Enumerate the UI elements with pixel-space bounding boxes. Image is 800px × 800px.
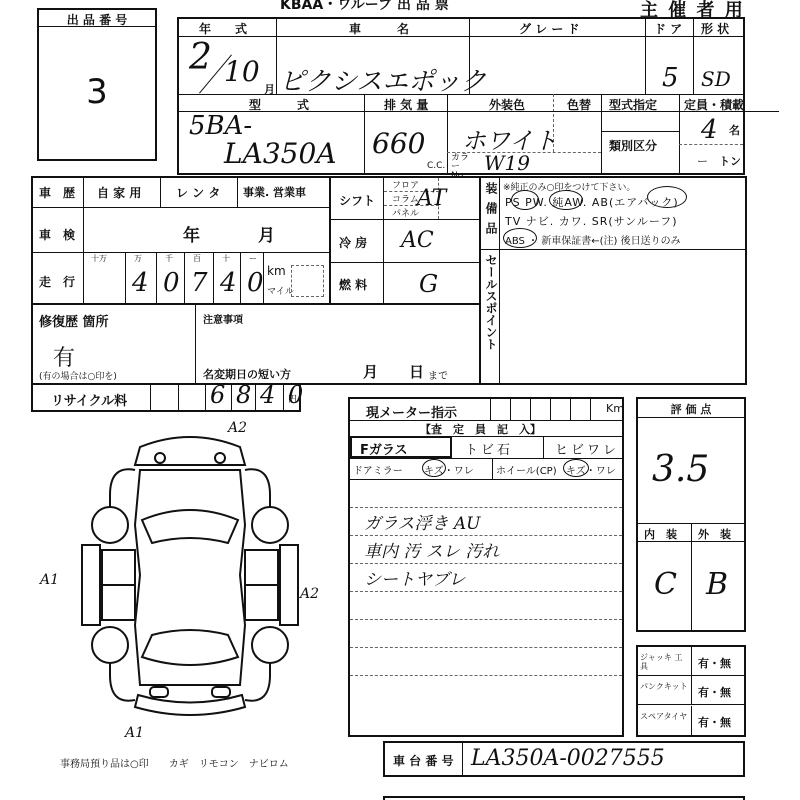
- inspector-note-line: ガラス浮き AU: [364, 509, 481, 534]
- mileage-digit-cell: ー0: [241, 252, 264, 303]
- car-name-label: 車 名: [349, 20, 409, 37]
- exterior-label: 外 装: [698, 526, 731, 542]
- interior-label: 内 装: [644, 526, 677, 542]
- chassis-number-value: LA350A-0027555: [471, 746, 665, 771]
- recycle-fee-label: リサイクル料: [51, 390, 127, 409]
- recycle-fee-unit: 円: [288, 392, 297, 405]
- accessory-row: ジャッキ 工具有・無: [638, 647, 744, 676]
- lot-number-box: 出 品 番 号 3: [37, 8, 157, 161]
- damage-mark-left: A1: [40, 572, 59, 588]
- equipment-table: 装備品 ※純正のみ○印をつけて下さい。 PS PW. 純AW. AB(エアバック…: [479, 176, 747, 385]
- deadline-until: まで: [428, 367, 448, 382]
- repair-history-value[interactable]: 有: [53, 341, 75, 372]
- chassis-number-table: 車 台 番 号 LA350A-0027555: [383, 741, 745, 777]
- recycle-digit-cell: [150, 385, 178, 410]
- mileage-digit-cell: 万4: [126, 252, 157, 303]
- load-value: ー: [697, 153, 708, 169]
- door-mirror-label: ドアミラー: [353, 462, 403, 477]
- shift-value: AT: [417, 186, 446, 211]
- rating-value: 3.5: [652, 449, 709, 490]
- history-label: 車 歴: [39, 184, 75, 201]
- shift-floor[interactable]: フロア: [392, 178, 419, 191]
- mileage-digit-cell: 千0: [157, 252, 185, 303]
- name-change-deadline-label: 名変期日の短い方: [203, 366, 291, 382]
- color-number-value: W19: [484, 151, 530, 175]
- mileage-digit-label: 百: [193, 253, 201, 264]
- mileage-digit-value: 4: [220, 268, 237, 298]
- repair-caution-table: 修復歴 箇所 有 (有の場合は○印を) 注意事項 名変期日の短い方 月 日 まで: [31, 303, 481, 385]
- grade-label: グ レ ー ド: [519, 20, 580, 37]
- mileage-digit-label: 万: [134, 253, 142, 264]
- sales-point-label: セールスポイント: [483, 254, 500, 350]
- mile-checkbox[interactable]: [291, 265, 324, 297]
- vehicle-info-table: 年 式 車 名 グ レ ー ド ド ア 形 状 2 10 月 ピクシスエポック …: [177, 17, 745, 175]
- mileage-digit-label: 十: [222, 253, 230, 264]
- mileage-digit-label: 千: [165, 253, 173, 264]
- km-unit: km: [267, 264, 286, 278]
- lower-table-edge: [383, 796, 745, 800]
- year-value: 2: [189, 37, 212, 78]
- exterior-value: B: [706, 567, 728, 602]
- deadline-day-unit: 日: [409, 361, 424, 382]
- mileage-digit-cell: 十4: [214, 252, 241, 303]
- damage-mark-right: A2: [300, 586, 319, 602]
- circle-pw: [549, 190, 583, 210]
- ac-value: AC: [401, 228, 434, 253]
- recycle-digit-cell: 6: [205, 385, 231, 410]
- meter-label: 現メーター指示: [366, 402, 457, 421]
- accessory-value[interactable]: 有・無: [698, 655, 731, 671]
- recycle-digit-value: 4: [260, 381, 275, 409]
- fglass-crack[interactable]: ヒビワレ: [555, 439, 619, 458]
- type-designation-label: 型式指定: [609, 96, 657, 113]
- office-items-note: 事務局預り品は○印 カギ リモコン ナビロム: [60, 755, 289, 770]
- accessory-label: スペアタイヤ: [640, 712, 690, 721]
- caution-label: 注意事項: [203, 311, 243, 326]
- accessory-label: パンクキット: [640, 682, 690, 691]
- recycle-digit-cell: 8: [231, 385, 255, 410]
- repair-history-label: 修復歴 箇所: [39, 311, 109, 330]
- accessory-row: スペアタイヤ有・無: [638, 706, 744, 735]
- inspection-label: 車 検: [39, 226, 75, 243]
- mileage-digit-cell: 十万: [83, 252, 126, 303]
- mileage-digit-value: 7: [191, 268, 208, 298]
- capacity-value: 4: [701, 115, 718, 145]
- history-rental[interactable]: レ ン タ: [176, 184, 220, 201]
- equipment-line-2: TV ナビ. カワ. SR(サンルーフ): [505, 213, 678, 229]
- circle-abs: [503, 228, 537, 248]
- doors-label: ド ア: [654, 20, 682, 37]
- history-table: 車 歴 自 家 用 レ ン タ 事業. 営業車 車 検 年 月 走 行 十万万4…: [31, 176, 331, 305]
- displacement-value: 660: [372, 127, 425, 160]
- mileage-label: 走 行: [39, 273, 75, 290]
- interior-value: C: [654, 567, 677, 602]
- year-label: 年 式: [199, 20, 247, 37]
- shift-label: シフト: [339, 192, 375, 209]
- capacity-label: 定員・積載: [684, 96, 744, 113]
- car-name-value: ピクシスエポック: [279, 61, 486, 98]
- lot-number-value: 3: [39, 72, 155, 112]
- inspector-note-line: シートヤブレ: [364, 565, 465, 590]
- shift-panel[interactable]: パネル: [392, 206, 419, 219]
- inspection-month-unit: 月: [258, 221, 275, 246]
- fuel-label: 燃 料: [339, 276, 367, 293]
- car-body-diagram: [80, 425, 300, 735]
- month-value: 10: [224, 55, 260, 88]
- history-private[interactable]: 自 家 用: [97, 184, 141, 201]
- rating-table: 評 価 点 3.5 内 装 外 装 C B: [636, 397, 746, 632]
- recycle-digit-cell: 4: [255, 385, 283, 410]
- wheel-label: ホイール(CP): [496, 462, 557, 477]
- doors-value: 5: [662, 63, 679, 93]
- recycle-digit-value: 6: [210, 381, 225, 409]
- displacement-unit: C.C.: [427, 161, 445, 171]
- damage-mark-rear: A1: [125, 725, 144, 741]
- shape-label: 形 状: [701, 20, 729, 37]
- capacity-unit: 名: [729, 122, 740, 138]
- mileage-digit-cell: 百7: [185, 252, 214, 303]
- fglass-label: Fガラス: [360, 439, 408, 458]
- damage-mark-front: A2: [228, 420, 247, 436]
- circle-ps: [511, 190, 539, 210]
- accessories-table: ジャッキ 工具有・無パンクキット有・無スペアタイヤ有・無: [636, 645, 746, 737]
- form-title: KBAA・ワルーブ 出 品 票: [280, 0, 449, 14]
- mileage-digit-value: 0: [163, 268, 180, 298]
- recycle-digit-value: 8: [236, 381, 251, 409]
- inspector-entry-label: 【査 定 員 記 入】: [420, 421, 541, 437]
- accessory-row: パンクキット有・無: [638, 676, 744, 705]
- repair-history-note: (有の場合は○印を): [39, 369, 117, 382]
- deadline-month-unit: 月: [363, 361, 378, 382]
- fglass-chip[interactable]: トビ石: [465, 439, 513, 458]
- category-label: 類別区分: [609, 137, 657, 154]
- inspector-note-line: 車内 汚 スレ 汚れ: [364, 537, 499, 562]
- meter-unit: Km: [606, 402, 624, 415]
- model-value-line2: LA350A: [224, 137, 336, 170]
- circle-ab: [647, 186, 687, 208]
- mileage-digit-value: 0: [247, 268, 264, 298]
- equipment-label: 装備品: [483, 182, 500, 242]
- fuel-value: G: [419, 270, 438, 298]
- mile-unit: マイル: [267, 284, 294, 297]
- history-business[interactable]: 事業. 営業車: [243, 184, 306, 200]
- mileage-digit-value: 4: [132, 268, 149, 298]
- mileage-digit-label: 十万: [91, 253, 107, 264]
- mileage-digit-label: ー: [249, 253, 257, 264]
- accessory-label: ジャッキ 工具: [640, 653, 690, 671]
- inspection-year-unit: 年: [183, 221, 200, 246]
- ac-label: 冷 房: [339, 234, 367, 251]
- shift-column[interactable]: コラム: [392, 192, 419, 205]
- recycle-fee-table: リサイクル料 6840 円: [31, 383, 301, 412]
- recycle-digit-cell: [178, 385, 205, 410]
- inspector-table: 現メーター指示 Km 【査 定 員 記 入】 Fガラス トビ石 ヒビワレ ドアミ…: [348, 397, 624, 737]
- chassis-number-label: 車 台 番 号: [393, 752, 454, 769]
- shape-value: SD: [701, 67, 731, 91]
- load-unit: トン: [719, 153, 741, 169]
- rating-label: 評 価 点: [638, 401, 744, 417]
- accessory-value[interactable]: 有・無: [698, 684, 731, 700]
- accessory-value[interactable]: 有・無: [698, 714, 731, 730]
- specs-table: シフト フロア コラム パネル AT 冷 房 AC 燃 料 G: [329, 176, 481, 305]
